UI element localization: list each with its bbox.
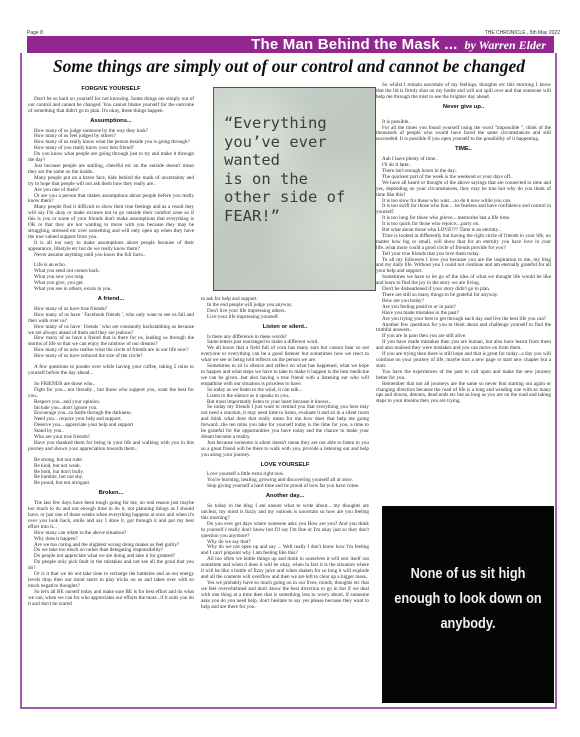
paragraph: How many of us have ' Facebook friends '…: [28, 313, 194, 325]
headline-title: The Man Behind the Mask ...: [251, 36, 457, 53]
column-2: to ask for help and support. In the end …: [201, 297, 369, 610]
paragraph: Don't be so hard on yourself for not kno…: [28, 97, 194, 115]
paragraph: Have you thanked them for being in your …: [28, 441, 194, 453]
quote-text: None of us sit high enough to look down …: [392, 562, 543, 637]
paragraph: So whilst I remain uncertain of my feeli…: [376, 83, 551, 101]
paragraph: Live your life impressing yourself.: [201, 315, 369, 321]
quote-image-look-down: None of us sit high enough to look down …: [382, 506, 554, 703]
paragraph: Do you ever get days where someone asks …: [201, 522, 369, 540]
paragraph: So let's all BE ourself today and make s…: [28, 590, 194, 608]
section-heading-another-day: Another day...: [201, 494, 369, 500]
paragraph: Fight for you....not literally , but tho…: [28, 388, 194, 400]
paragraph: Or is it that we do not take time to rec…: [28, 572, 194, 590]
column-1: FORGIVE YOURSELF Don't be so hard on you…: [28, 83, 194, 608]
article-subhead: Some things are simply out of our contro…: [22, 56, 556, 77]
paragraph: It is all too easy to make assumptions a…: [28, 241, 194, 253]
paragraph: We have all heard or thought of the abov…: [376, 181, 551, 199]
paragraph: Time is looked at differently but having…: [376, 234, 551, 252]
paragraph: For all the times you found yourself usi…: [376, 126, 551, 144]
section-heading-friend: A friend...: [28, 297, 194, 303]
paragraph: Many people put on a brave face, hide be…: [28, 176, 194, 188]
paragraph: Remember that not all journeys are the s…: [376, 382, 551, 406]
paragraph: Stop giving yourself a hard time and be …: [201, 484, 369, 490]
paragraph: Just because someone is silent doesn't m…: [201, 441, 369, 459]
section-heading-listen: Listen or silent..: [201, 325, 369, 331]
paragraph: The last few days have been tough going …: [28, 501, 194, 531]
headline-banner: The Man Behind the Mask ... by Warren El…: [27, 36, 554, 53]
paragraph: You have the experiences of the past to …: [376, 370, 551, 382]
section-heading-love: LOVE YOURSELF: [201, 463, 369, 469]
section-heading-time: TIME..: [376, 147, 551, 153]
quote-text: “Everything you’ve ever wanted is on the…: [224, 114, 369, 225]
paragraph: To all my followers I love you because y…: [376, 258, 551, 276]
paragraph: Many people find it difficult to show th…: [28, 205, 194, 240]
echo-line: What you see in others, exists in you.: [28, 287, 194, 293]
paragraph: So today my friends I just want to remin…: [201, 405, 369, 440]
be-line: Be proud, but not arrogant.: [28, 481, 194, 487]
paragraph: So today in the blog I am unsure what to…: [201, 504, 369, 522]
section-heading-forgive: FORGIVE YOURSELF: [28, 87, 194, 93]
section-heading-never-give-up: Never give up..: [376, 105, 551, 111]
quote-image-fear: “Everything you’ve ever wanted is on the…: [213, 87, 376, 291]
paragraph: We all know that a field full of corn ha…: [201, 346, 369, 364]
column-3: So whilst I remain uncertain of my feeli…: [376, 83, 551, 405]
paragraph: Sometimes to sit in silence and reflect …: [201, 364, 369, 388]
paragraph: A few questions to ponder over while hav…: [28, 365, 194, 377]
paragraph: Yes we probably have so much going on in…: [201, 581, 369, 611]
paragraph: If you are trying then there is still ho…: [376, 352, 551, 370]
paragraph: All too often we bottle things up and th…: [201, 557, 369, 581]
section-heading-assumptions: Assumptions...: [28, 119, 194, 125]
section-heading-broken: Broken...: [28, 491, 194, 497]
paragraph: Just because people are smiling, cheerfu…: [28, 164, 194, 176]
headline-byline: by Warren Elder: [464, 38, 546, 52]
